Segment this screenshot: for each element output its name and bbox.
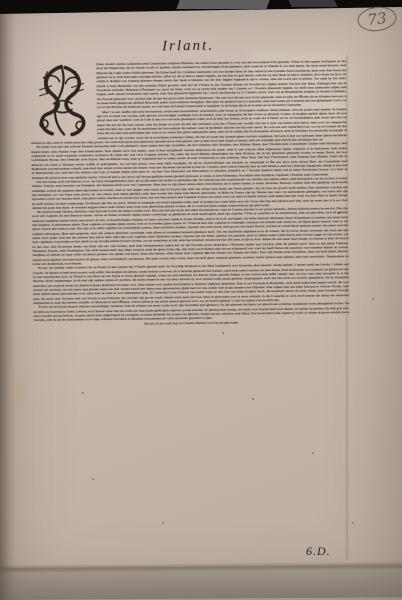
page-edge-below-fold (0, 565, 402, 600)
body-paragraph: Dat lant brengt noch veel Meeren voort, … (32, 176, 348, 210)
printed-text-block: Irlant. (30, 36, 349, 327)
background-object (288, 0, 337, 7)
book-page-paper: Irlant. (0, 0, 402, 600)
signature-mark: 6.D. (306, 544, 331, 559)
body-text: Irlant, dwelck vanden Latijnschen ende G… (30, 59, 349, 327)
paper-stain (6, 378, 32, 412)
body-paragraph: Nu laet ons spreken vande wonderen die d… (33, 263, 349, 306)
handwritten-page-number: 73 (354, 3, 399, 36)
background-object (176, 0, 269, 9)
body-paragraph: Dit eylandt brengt Valcken, Havicken, en… (32, 206, 349, 266)
photographed-book-page: Irlant. (0, 0, 402, 600)
page-title: Irlant. (30, 36, 346, 57)
page-number-text: 73 (366, 9, 387, 29)
body-paragraph: Dit eylant wort met vele schoone Riviere… (31, 141, 347, 179)
page-gutter-shadow (0, 0, 16, 600)
ornamental-woodcut-initial (30, 63, 93, 138)
